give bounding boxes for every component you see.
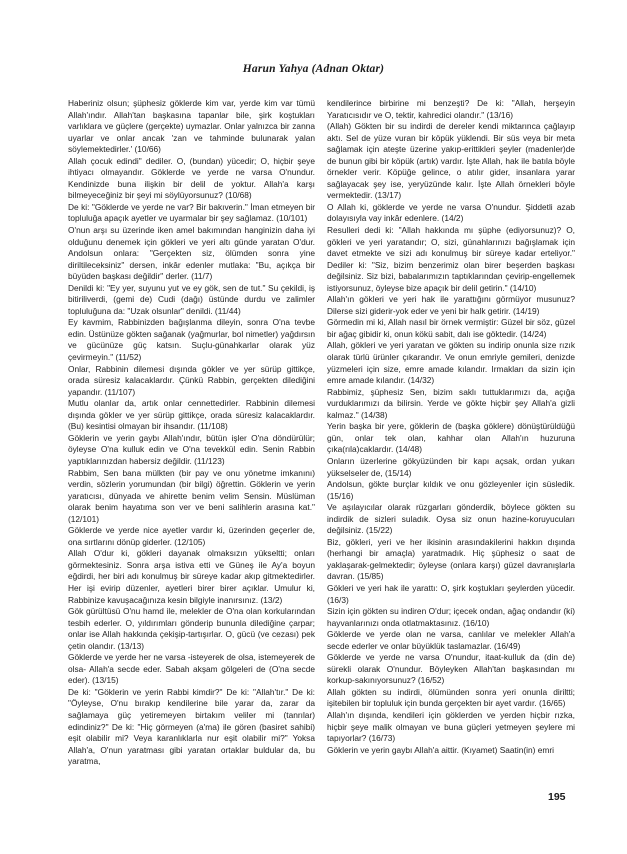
verse-paragraph: Göklerin ve yerin gaybı Allah'ındır, büt… bbox=[68, 433, 315, 468]
verse-paragraph: Allah'ın gökleri ve yeri hak ile yarattı… bbox=[327, 294, 575, 317]
verse-paragraph: kendilerince birbirine mi benzeşti? De k… bbox=[327, 98, 575, 121]
verse-paragraph: Rabbimiz, şüphesiz Sen, bizim saklı tutt… bbox=[327, 387, 575, 422]
verse-paragraph: Sizin için gökten su indiren O'dur; içec… bbox=[327, 606, 575, 629]
verse-paragraph: Rabbim, Sen bana mülkten (bir pay ve onu… bbox=[68, 468, 315, 526]
verse-paragraph: Onların üzerlerine gökyüzünden bir kapı … bbox=[327, 456, 575, 479]
verse-paragraph: Resulleri dedi ki: "Allah hakkında mı şü… bbox=[327, 225, 575, 294]
verse-paragraph: Yerin başka bir yere, göklerin de (başka… bbox=[327, 421, 575, 456]
running-header: Harun Yahya (Adnan Oktar) bbox=[0, 63, 627, 75]
right-column: kendilerince birbirine mi benzeşti? De k… bbox=[327, 98, 575, 756]
verse-paragraph: Ey kavmim, Rabbinizden bağışlanma dileyi… bbox=[68, 317, 315, 363]
verse-paragraph: Biz, gökleri, yeri ve her ikisinin arası… bbox=[327, 537, 575, 583]
left-column: Haberiniz olsun; şüphesiz göklerde kim v… bbox=[68, 98, 315, 768]
verse-paragraph: De ki: "Göklerde ve yerde ne var? Bir ba… bbox=[68, 202, 315, 225]
verse-paragraph: De ki: "Göklerin ve yerin Rabbi kimdir?"… bbox=[68, 687, 315, 768]
verse-paragraph: Denildi ki: "Ey yer, suyunu yut ve ey gö… bbox=[68, 283, 315, 318]
book-page: Harun Yahya (Adnan Oktar) Haberiniz olsu… bbox=[0, 0, 627, 854]
verse-paragraph: Onlar, Rabbinin dilemesi dışında gökler … bbox=[68, 364, 315, 399]
verse-paragraph: O'nun arşı su üzerinde iken amel bakımın… bbox=[68, 225, 315, 283]
verse-paragraph: Göklerin ve yerin gaybı Allah'a aittir. … bbox=[327, 745, 575, 757]
verse-paragraph: Mutlu olanlar da, artık onlar cennettedi… bbox=[68, 398, 315, 433]
page-number: 195 bbox=[548, 791, 566, 803]
verse-paragraph: O Allah ki, göklerde ve yerde ne varsa O… bbox=[327, 202, 575, 225]
verse-paragraph: Göklerde ve yerde nice ayetler vardır ki… bbox=[68, 525, 315, 548]
verse-paragraph: Andolsun, gökte burçlar kıldık ve onu gö… bbox=[327, 479, 575, 502]
verse-paragraph: Allah çocuk edindi" dediler. O, (bundan)… bbox=[68, 156, 315, 202]
verse-paragraph: Allah, gökleri ve yeri yaratan ve gökten… bbox=[327, 340, 575, 386]
verse-paragraph: Göklerde ve yerde ne varsa O'nundur, ita… bbox=[327, 652, 575, 687]
verse-paragraph: Ve aşılayıcılar olarak rüzgarları gönder… bbox=[327, 502, 575, 537]
verse-paragraph: Allah gökten su indirdi, ölümünden sonra… bbox=[327, 687, 575, 710]
verse-paragraph: Allah O'dur ki, gökleri dayanak olmaksız… bbox=[68, 548, 315, 606]
verse-paragraph: Haberiniz olsun; şüphesiz göklerde kim v… bbox=[68, 98, 315, 156]
verse-paragraph: Gökleri ve yeri hak ile yarattı: O, şirk… bbox=[327, 583, 575, 606]
verse-paragraph: Göklerde ve yerde her ne varsa -isteyere… bbox=[68, 652, 315, 687]
verse-paragraph: (Allah) Gökten bir su indirdi de dereler… bbox=[327, 121, 575, 202]
verse-paragraph: Görmedin mi ki, Allah nasıl bir örnek ve… bbox=[327, 317, 575, 340]
verse-paragraph: Allah'ın dışında, kendileri için göklerd… bbox=[327, 710, 575, 745]
verse-paragraph: Gök gürültüsü O'nu hamd ile, melekler de… bbox=[68, 606, 315, 652]
verse-paragraph: Göklerde ve yerde olan ne varsa, canlıla… bbox=[327, 629, 575, 652]
